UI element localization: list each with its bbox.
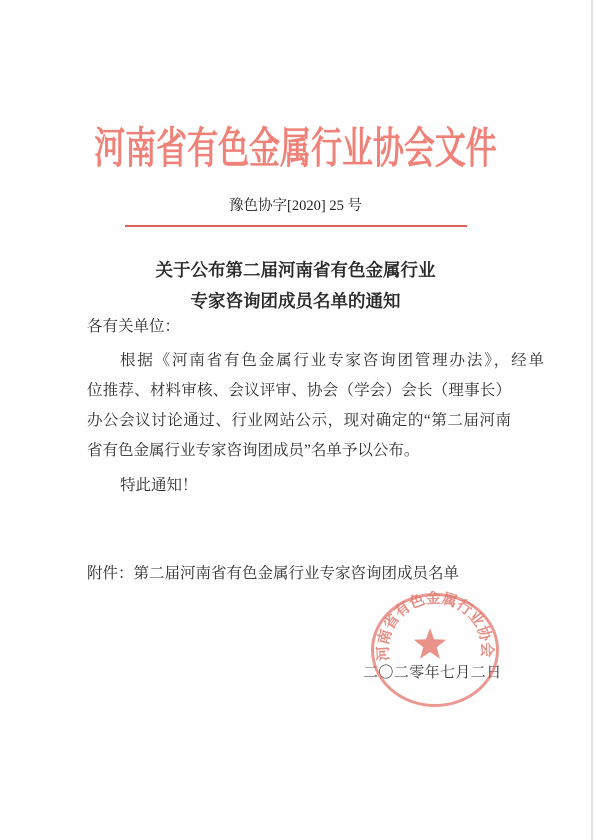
salutation: 各有关单位： bbox=[87, 316, 511, 338]
document-title-line2: 专家咨询团成员名单的通知 bbox=[0, 286, 591, 317]
document-number: 豫色协字[2020] 25 号 bbox=[0, 197, 591, 215]
body-paragraph-line: 办公会议讨论通过、行业网站公示，现对确定的“第二届河南 bbox=[87, 410, 511, 432]
attachment-line: 附件：第二届河南省有色金属行业专家咨询团成员名单 bbox=[87, 563, 547, 585]
document-title: 关于公布第二届河南省有色金属行业 专家咨询团成员名单的通知 bbox=[0, 255, 591, 317]
body-paragraph-line: 根据《河南省有色金属行业专家咨询团管理办法》，经单 bbox=[87, 350, 544, 372]
star-icon bbox=[414, 628, 446, 659]
closing-phrase: 特此通知！ bbox=[87, 475, 544, 497]
masthead-banner: 河南省有色金属行业协会文件 bbox=[0, 127, 591, 173]
official-red-seal: 河南省有色金属行业协会 bbox=[369, 591, 501, 709]
body-paragraph-line: 位推荐、材料审核、会议评审、协会（学会）会长（理事长） bbox=[87, 380, 511, 402]
masthead-title: 河南省有色金属行业协会文件 bbox=[94, 127, 496, 173]
document-title-line1: 关于公布第二届河南省有色金属行业 bbox=[0, 255, 591, 286]
red-divider-rule bbox=[125, 225, 467, 227]
body-paragraph-line: 省有色金属行业专家咨询团成员”名单予以公布。 bbox=[87, 440, 511, 462]
seal-graphic: 河南省有色金属行业协会 bbox=[369, 591, 501, 709]
scan-edge-line bbox=[591, 0, 593, 840]
scanned-official-document: 河南省有色金属行业协会文件 豫色协字[2020] 25 号 关于公布第二届河南省… bbox=[0, 0, 597, 840]
